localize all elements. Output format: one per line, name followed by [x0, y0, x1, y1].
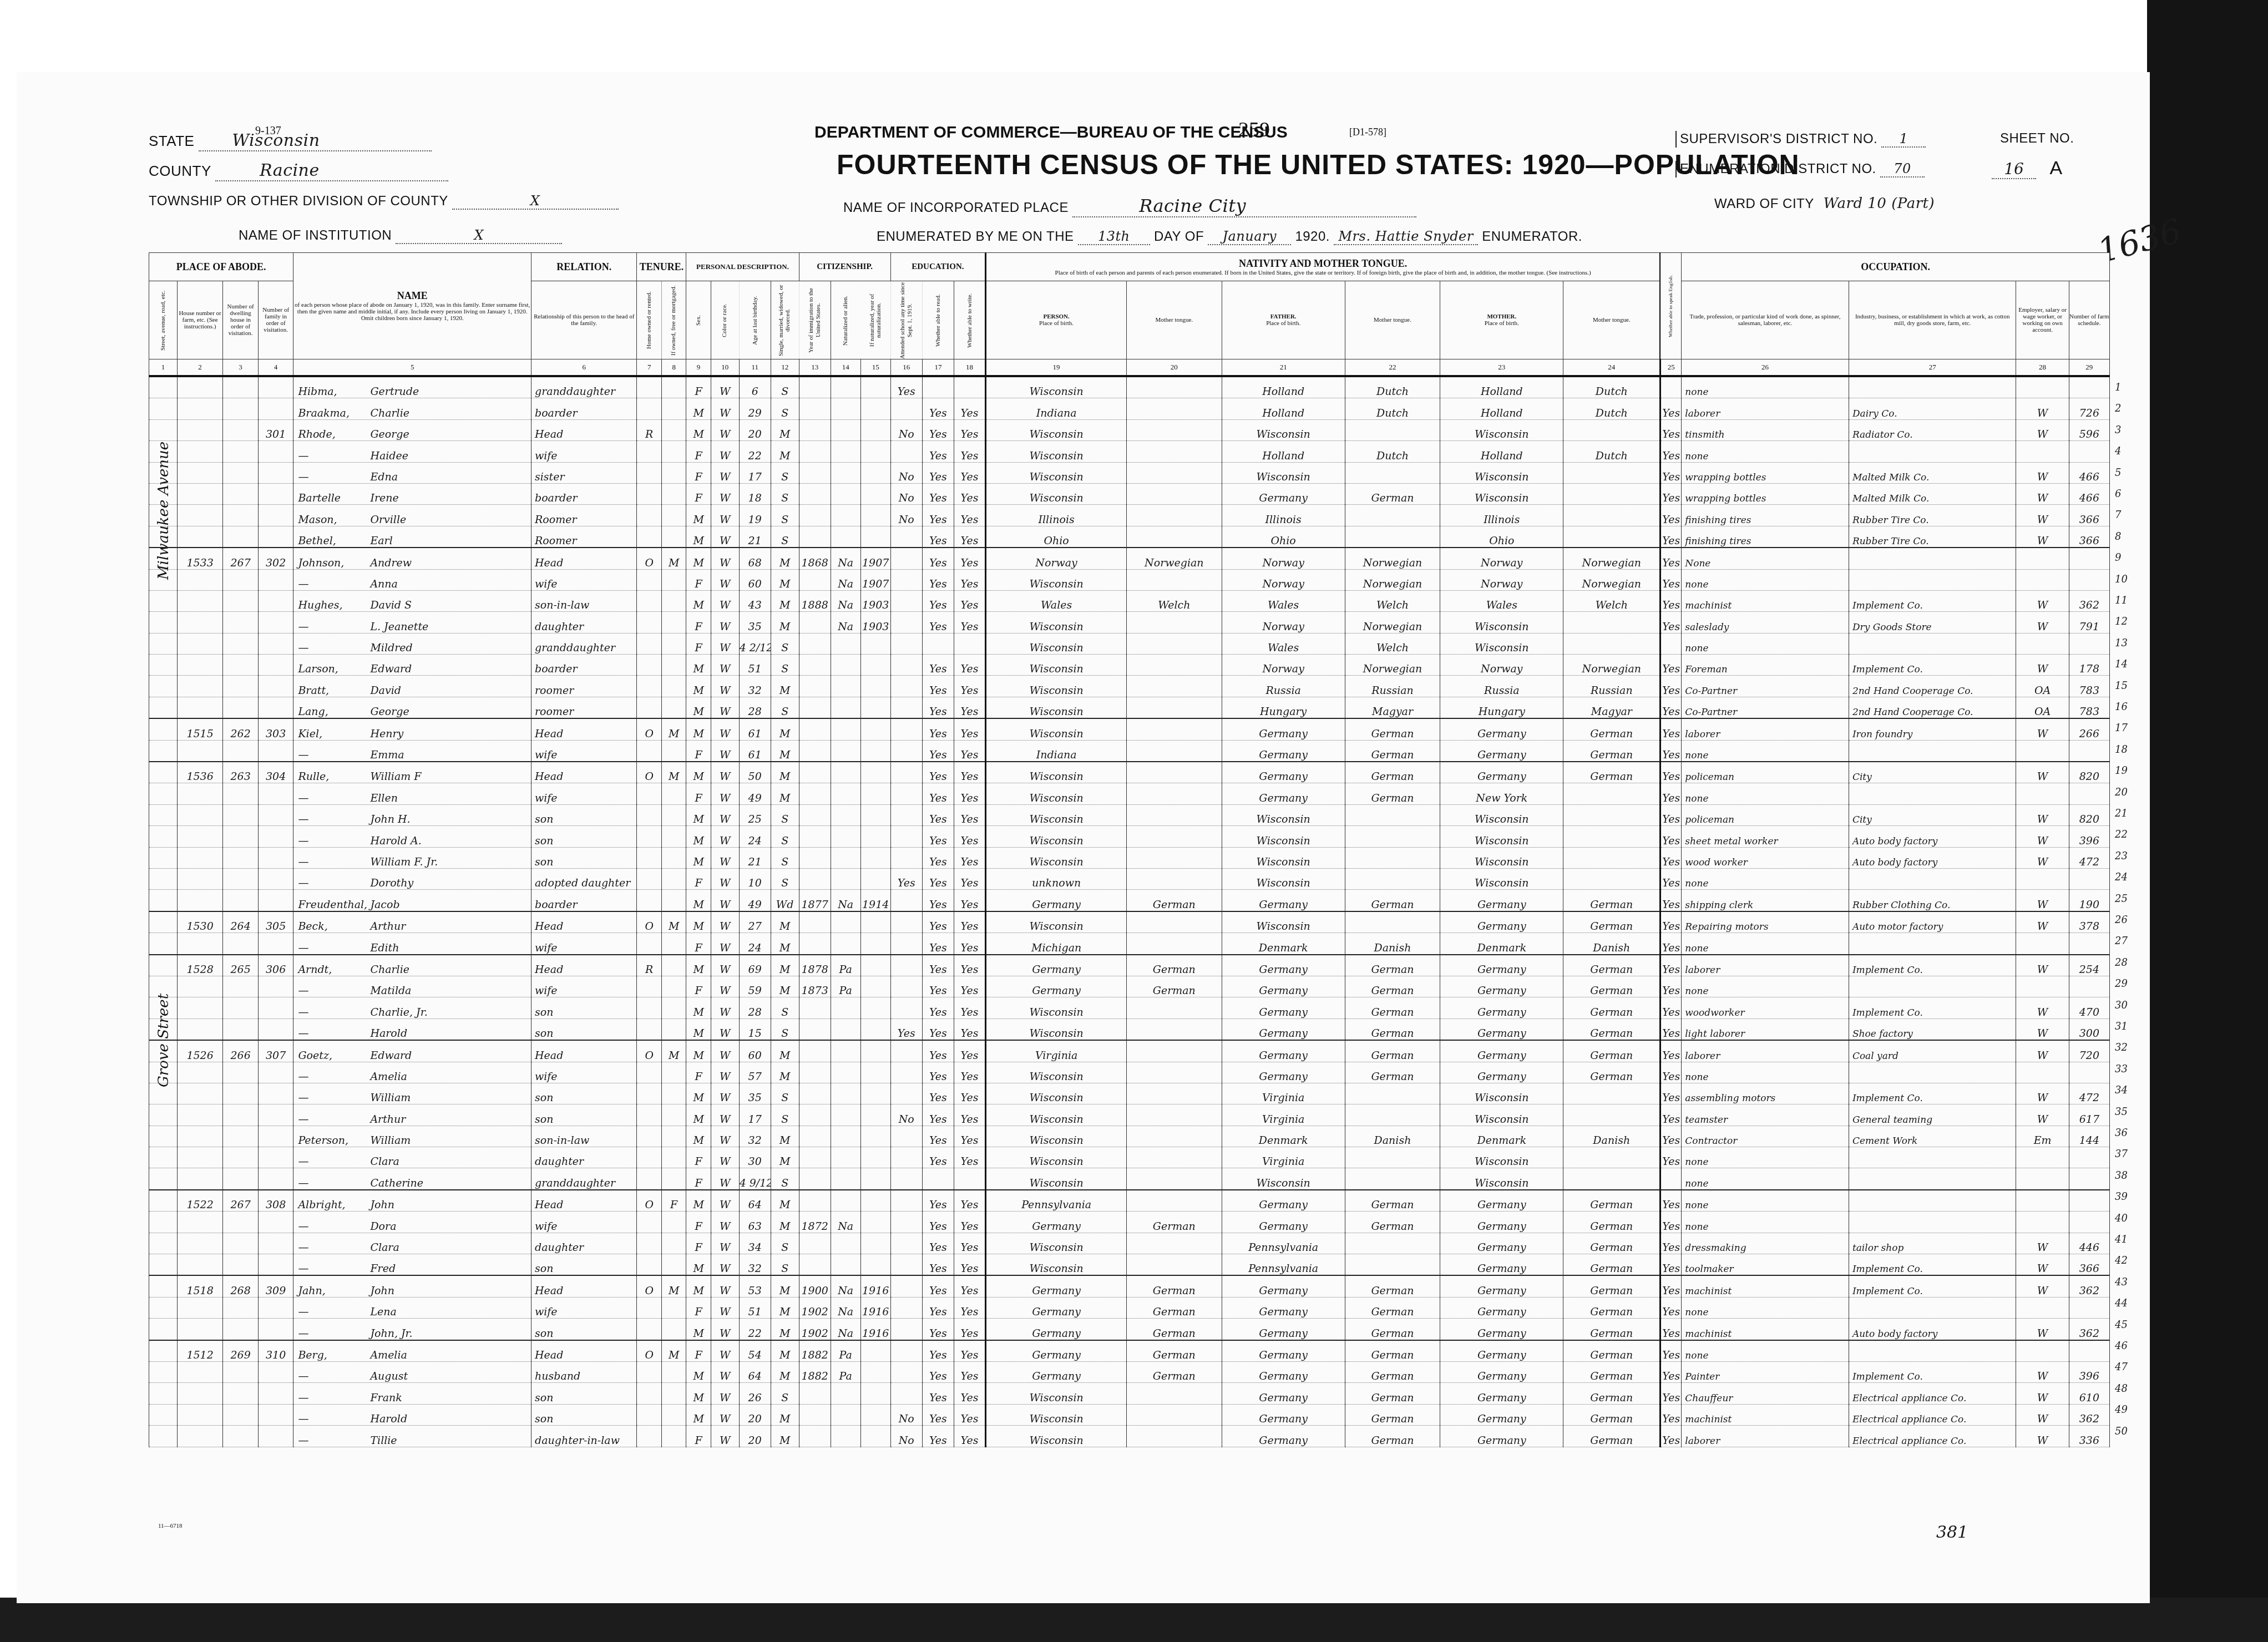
cell-nat: Pa [831, 976, 860, 997]
cell-code [2069, 933, 2109, 955]
cell-fpob: Germany [1222, 1275, 1345, 1297]
cell-dwelling [223, 1126, 258, 1147]
cell-marital: S [771, 655, 799, 676]
cell-age: 51 [739, 655, 771, 676]
cell-school [890, 847, 922, 868]
cell-school [890, 1212, 922, 1233]
cell-read: Yes [922, 740, 954, 762]
cell-family [258, 933, 293, 955]
surname: — [298, 813, 370, 825]
cell-class: W [2016, 826, 2069, 847]
cell-own [637, 1212, 661, 1233]
cell-marital: S [771, 847, 799, 868]
cell-fmt: German [1345, 483, 1440, 504]
cell-class: W [2016, 505, 2069, 526]
cell-natyr [860, 1147, 890, 1168]
cell-industry [1849, 376, 2016, 398]
cell-school [890, 1040, 922, 1062]
cell-fpob: Norway [1222, 548, 1345, 569]
table-row: 1515262303Kiel,HenryHeadOMMW61MYesYesWis… [149, 718, 2110, 740]
cell-dwelling [223, 590, 258, 611]
cell-industry [1849, 868, 2016, 889]
cell-mpob: Holland [1440, 376, 1563, 398]
table-row: 1530264305Beck,ArthurHeadOMMW27MYesYesWi… [149, 911, 2110, 933]
cell-mpob: Holland [1440, 398, 1563, 419]
column-number: 16 [890, 359, 922, 377]
cell-mpob: Norway [1440, 548, 1563, 569]
cell-school [890, 1319, 922, 1340]
cell-mpob: Germany [1440, 890, 1563, 911]
cell-mt [1127, 398, 1222, 419]
cell-family [258, 1168, 293, 1190]
cell-mt [1127, 868, 1222, 889]
cell-own [637, 1319, 661, 1340]
cell-class: W [2016, 419, 2069, 440]
cell-industry: Malted Milk Co. [1849, 462, 2016, 483]
enumerated-day: 13th [1078, 229, 1150, 245]
cell-pob: Wisconsin [986, 441, 1127, 462]
cell-house [177, 1126, 223, 1147]
cell-class: Em [2016, 1126, 2069, 1147]
cell-own: O [637, 1190, 661, 1212]
cell-code: 366 [2069, 505, 2109, 526]
cell-age: 54 [739, 1340, 771, 1362]
cell-street [149, 1147, 178, 1168]
surname: — [298, 1413, 370, 1425]
cell-mt [1127, 847, 1222, 868]
cell-read: Yes [922, 1212, 954, 1233]
cell-own [637, 847, 661, 868]
column-number: 9 [686, 359, 711, 377]
cell-house [177, 1212, 223, 1233]
cell-eng: Yes [1660, 718, 1682, 740]
cell-fpob: Germany [1222, 1190, 1345, 1212]
cell-sex: M [686, 655, 711, 676]
line-number: 41 [2115, 1234, 2143, 1245]
cell-own [637, 633, 661, 654]
cell-class: W [2016, 1018, 2069, 1040]
table-row: Hibma,GertrudegranddaughterFW6SYesWiscon… [149, 376, 2110, 398]
given-name: Charlie, Jr. [370, 1006, 427, 1018]
cell-fpob: Pennsylvania [1222, 1233, 1345, 1254]
line-number: 7 [2115, 509, 2143, 521]
cell-trade: laborer [1682, 718, 1849, 740]
line-number: 37 [2115, 1148, 2143, 1160]
cell-fmt [1345, 1233, 1440, 1254]
cell-house [177, 1233, 223, 1254]
cell-relation: son [531, 1404, 637, 1425]
cell-read: Yes [922, 569, 954, 590]
cell-pob: Wisconsin [986, 1426, 1127, 1447]
cell-race: W [711, 1212, 739, 1233]
given-name: Clara [370, 1156, 399, 1168]
cell-school [890, 762, 922, 783]
cell-relation: son [531, 1104, 637, 1126]
cell-class: W [2016, 655, 2069, 676]
cell-age: 63 [739, 1212, 771, 1233]
cell-code [2069, 1147, 2109, 1168]
cell-street [149, 483, 178, 504]
cell-family [258, 1147, 293, 1168]
cell-mt [1127, 1404, 1222, 1425]
group-name: NAMEof each person whose place of abode … [293, 253, 531, 359]
cell-write [954, 633, 985, 654]
table-row: 1512269310Berg,AmeliaHeadOMFW54M1882PaYe… [149, 1340, 2110, 1362]
cell-industry: Coal yard [1849, 1040, 2016, 1062]
cell-read: Yes [922, 1275, 954, 1297]
cell-immig [799, 1018, 831, 1040]
cell-marital: S [771, 1254, 799, 1276]
cell-age: 60 [739, 569, 771, 590]
line-number: 3 [2115, 424, 2143, 436]
cell-nat [831, 505, 860, 526]
cell-age: 59 [739, 976, 771, 997]
cell-school [890, 590, 922, 611]
cell-natyr [860, 1062, 890, 1083]
cell-race: W [711, 1040, 739, 1062]
cell-mmt: German [1563, 1040, 1660, 1062]
cell-eng: Yes [1660, 1104, 1682, 1126]
cell-fpob: Ohio [1222, 526, 1345, 548]
cell-fpob: Germany [1222, 783, 1345, 804]
cell-natyr [860, 376, 890, 398]
cell-trade: Co-Partner [1682, 697, 1849, 718]
cell-relation: Head [531, 419, 637, 440]
cell-read: Yes [922, 1426, 954, 1447]
cell-name: —Arthur [293, 1104, 531, 1126]
cell-trade: none [1682, 783, 1849, 804]
cell-write: Yes [954, 826, 985, 847]
cell-relation: husband [531, 1361, 637, 1382]
group-abode: PLACE OF ABODE. [149, 253, 293, 281]
cell-age: 32 [739, 1254, 771, 1276]
cell-fmt [1345, 1254, 1440, 1276]
cell-mt [1127, 1104, 1222, 1126]
cell-natyr [860, 505, 890, 526]
cell-school: No [890, 462, 922, 483]
surname: — [298, 1220, 370, 1233]
cell-write: Yes [954, 718, 985, 740]
cell-pob: Germany [986, 1297, 1127, 1318]
surname: — [298, 1435, 370, 1447]
cell-marital: S [771, 868, 799, 889]
cell-race: W [711, 590, 739, 611]
cell-relation: daughter [531, 1233, 637, 1254]
header-c3: Number of dwelling house in order of vis… [223, 281, 258, 359]
cell-fpob: Virginia [1222, 1147, 1345, 1168]
cell-industry: tailor shop [1849, 1233, 2016, 1254]
cell-own [637, 612, 661, 633]
cell-dwelling [223, 526, 258, 548]
cell-read: Yes [922, 1126, 954, 1147]
cell-industry: General teaming [1849, 1104, 2016, 1126]
cell-mt [1127, 483, 1222, 504]
cell-sex: M [686, 1190, 711, 1212]
line-number: 38 [2115, 1170, 2143, 1182]
cell-own [637, 1168, 661, 1190]
cell-code: 366 [2069, 1254, 2109, 1276]
cell-write: Yes [954, 1254, 985, 1276]
cell-fmt: German [1345, 1062, 1440, 1083]
cell-fpob: Norway [1222, 612, 1345, 633]
cell-relation: boarder [531, 483, 637, 504]
cell-read: Yes [922, 526, 954, 548]
cell-street [149, 1018, 178, 1040]
cell-class: W [2016, 462, 2069, 483]
cell-name: —Dora [293, 1212, 531, 1233]
cell-family [258, 1404, 293, 1425]
cell-street [149, 398, 178, 419]
cell-mpob: Germany [1440, 997, 1563, 1018]
table-row: —CatherinegranddaughterFW4 9/12SWisconsi… [149, 1168, 2110, 1190]
cell-name: —Clara [293, 1233, 531, 1254]
given-name: Andrew [370, 557, 412, 569]
cell-eng: Yes [1660, 1297, 1682, 1318]
cell-age: 6 [739, 376, 771, 398]
cell-house [177, 826, 223, 847]
given-name: Arthur [370, 920, 406, 933]
table-row: —EdnasisterFW17SNoYesYesWisconsinWiscons… [149, 462, 2110, 483]
header-c11: Age at last birthday. [739, 281, 771, 359]
table-row: —WilliamsonMW35SYesYesWisconsinVirginiaW… [149, 1083, 2110, 1104]
cell-mt [1127, 569, 1222, 590]
cell-mt: German [1127, 1212, 1222, 1233]
cell-family: 306 [258, 955, 293, 976]
cell-street [149, 955, 178, 976]
cell-race: W [711, 1340, 739, 1362]
cell-fmt: German [1345, 1426, 1440, 1447]
cell-read: Yes [922, 783, 954, 804]
cell-age: 61 [739, 718, 771, 740]
cell-pob: Wisconsin [986, 1383, 1127, 1404]
cell-relation: roomer [531, 697, 637, 718]
line-number: 8 [2115, 531, 2143, 543]
cell-nat [831, 1147, 860, 1168]
cell-dwelling [223, 441, 258, 462]
cell-own [637, 976, 661, 997]
cell-age: 35 [739, 1083, 771, 1104]
cell-industry: Rubber Tire Co. [1849, 505, 2016, 526]
surname: — [298, 1071, 370, 1083]
cell-immig: 1900 [799, 1275, 831, 1297]
cell-age: 53 [739, 1275, 771, 1297]
cell-fpob: Germany [1222, 1426, 1345, 1447]
cell-mmt: Norwegian [1563, 655, 1660, 676]
cell-family [258, 804, 293, 825]
cell-dwelling [223, 1018, 258, 1040]
cell-pob: Germany [986, 1212, 1127, 1233]
line-number: 11 [2115, 595, 2143, 606]
cell-mt: German [1127, 1319, 1222, 1340]
cell-natyr [860, 1083, 890, 1104]
cell-street [149, 590, 178, 611]
cell-eng: Yes [1660, 868, 1682, 889]
cell-house [177, 505, 223, 526]
cell-trade: Chauffeur [1682, 1383, 1849, 1404]
cell-age: 25 [739, 804, 771, 825]
cell-mpob: Wisconsin [1440, 462, 1563, 483]
cell-read: Yes [922, 398, 954, 419]
cell-nat [831, 762, 860, 783]
cell-street [149, 976, 178, 997]
cell-marital: S [771, 1383, 799, 1404]
cell-read: Yes [922, 1062, 954, 1083]
cell-mmt [1563, 612, 1660, 633]
column-number: 5 [293, 359, 531, 377]
cell-dwelling [223, 655, 258, 676]
cell-sex: F [686, 376, 711, 398]
cell-mmt: Welch [1563, 590, 1660, 611]
column-number: 20 [1127, 359, 1222, 377]
cell-house [177, 1426, 223, 1447]
cell-write: Yes [954, 762, 985, 783]
cell-read: Yes [922, 676, 954, 697]
cell-street [149, 569, 178, 590]
cell-race: W [711, 1319, 739, 1340]
county-value: Racine [215, 161, 448, 181]
cell-family: 307 [258, 1040, 293, 1062]
cell-mt [1127, 376, 1222, 398]
given-name: Harold A. [370, 835, 421, 847]
cell-family [258, 740, 293, 762]
cell-code: 720 [2069, 1040, 2109, 1062]
table-row: 301Rhode,GeorgeHeadRMW20MNoYesYesWiscons… [149, 419, 2110, 440]
cell-pob: Germany [986, 1275, 1127, 1297]
cell-age: 21 [739, 526, 771, 548]
cell-trade: laborer [1682, 398, 1849, 419]
cell-school [890, 676, 922, 697]
cell-write: Yes [954, 1275, 985, 1297]
cell-fmt: German [1345, 762, 1440, 783]
cell-sex: F [686, 1426, 711, 1447]
cell-street [149, 1083, 178, 1104]
cell-mt: German [1127, 1340, 1222, 1362]
cell-pob: Wisconsin [986, 826, 1127, 847]
cell-sex: F [686, 1212, 711, 1233]
cell-read: Yes [922, 868, 954, 889]
cell-nat: Pa [831, 1340, 860, 1362]
cell-sex: M [686, 419, 711, 440]
cell-code [2069, 976, 2109, 997]
cell-street [149, 526, 178, 548]
cell-own: O [637, 762, 661, 783]
cell-house [177, 868, 223, 889]
cell-fpob: Pennsylvania [1222, 1254, 1345, 1276]
cell-relation: wife [531, 1062, 637, 1083]
cell-house [177, 462, 223, 483]
cell-family [258, 697, 293, 718]
cell-nat [831, 1404, 860, 1425]
cell-own [637, 868, 661, 889]
cell-house [177, 655, 223, 676]
cell-natyr [860, 1254, 890, 1276]
given-name: David [370, 685, 401, 697]
cell-age: 17 [739, 462, 771, 483]
table-row: 1528265306Arndt,CharlieHeadRMW69M1878PaY… [149, 955, 2110, 976]
cell-marital: M [771, 933, 799, 955]
cell-race: W [711, 847, 739, 868]
cell-marital: M [771, 612, 799, 633]
cell-mmt: German [1563, 976, 1660, 997]
cell-family [258, 655, 293, 676]
cell-trade: machinist [1682, 590, 1849, 611]
cell-mt [1127, 1190, 1222, 1212]
cell-marital: M [771, 569, 799, 590]
cell-mmt: German [1563, 1404, 1660, 1425]
cell-fmt: Welch [1345, 633, 1440, 654]
cell-age: 68 [739, 548, 771, 569]
given-name: Arthur [370, 1113, 406, 1126]
cell-own: R [637, 419, 661, 440]
cell-nat [831, 655, 860, 676]
cell-trade: sheet metal worker [1682, 826, 1849, 847]
given-name: Frank [370, 1392, 402, 1404]
cell-dwelling [223, 1062, 258, 1083]
cell-mpob: Germany [1440, 1297, 1563, 1318]
cell-write [954, 1168, 985, 1190]
cell-own: O [637, 911, 661, 933]
cell-name: —August [293, 1361, 531, 1382]
cell-natyr [860, 997, 890, 1018]
cell-pob: Norway [986, 548, 1127, 569]
surname: — [298, 1006, 370, 1018]
cell-school [890, 783, 922, 804]
cell-industry: Implement Co. [1849, 1254, 2016, 1276]
surname: — [298, 1392, 370, 1404]
cell-school [890, 1383, 922, 1404]
cell-mpob: Germany [1440, 718, 1563, 740]
cell-industry: Auto body factory [1849, 826, 2016, 847]
cell-race: W [711, 676, 739, 697]
cell-read [922, 376, 954, 398]
cell-marital: M [771, 1340, 799, 1362]
cell-street [149, 1319, 178, 1340]
surname: Larson, [298, 663, 370, 675]
cell-street [149, 1040, 178, 1062]
cell-sex: M [686, 1319, 711, 1340]
cell-nat [831, 1190, 860, 1212]
cell-mmt [1563, 1104, 1660, 1126]
cell-read: Yes [922, 718, 954, 740]
cell-pob: Virginia [986, 1040, 1127, 1062]
table-row: —John, Jr.sonMW22M1902Na1916YesYesGerman… [149, 1319, 2110, 1340]
cell-industry: Implement Co. [1849, 590, 2016, 611]
surname: — [298, 1027, 370, 1040]
cell-sex: M [686, 1126, 711, 1147]
cell-dwelling [223, 847, 258, 868]
cell-relation: son-in-law [531, 590, 637, 611]
cell-race: W [711, 997, 739, 1018]
cell-mpob: Wisconsin [1440, 826, 1563, 847]
surname: Rhode, [298, 428, 370, 440]
cell-house [177, 847, 223, 868]
table-row: Braakma,CharlieboarderMW29SYesYesIndiana… [149, 398, 2110, 419]
cell-mmt [1563, 526, 1660, 548]
cell-sex: M [686, 1254, 711, 1276]
cell-sex: M [686, 890, 711, 911]
surname: — [298, 792, 370, 804]
cell-read: Yes [922, 697, 954, 718]
cell-family [258, 398, 293, 419]
cell-name: —Clara [293, 1147, 531, 1168]
cell-family: 308 [258, 1190, 293, 1212]
cell-race: W [711, 483, 739, 504]
given-name: Edward [370, 663, 412, 675]
cell-nat: Pa [831, 955, 860, 976]
cell-own: O [637, 1040, 661, 1062]
cell-school [890, 997, 922, 1018]
cell-name: Mason,Orville [293, 505, 531, 526]
